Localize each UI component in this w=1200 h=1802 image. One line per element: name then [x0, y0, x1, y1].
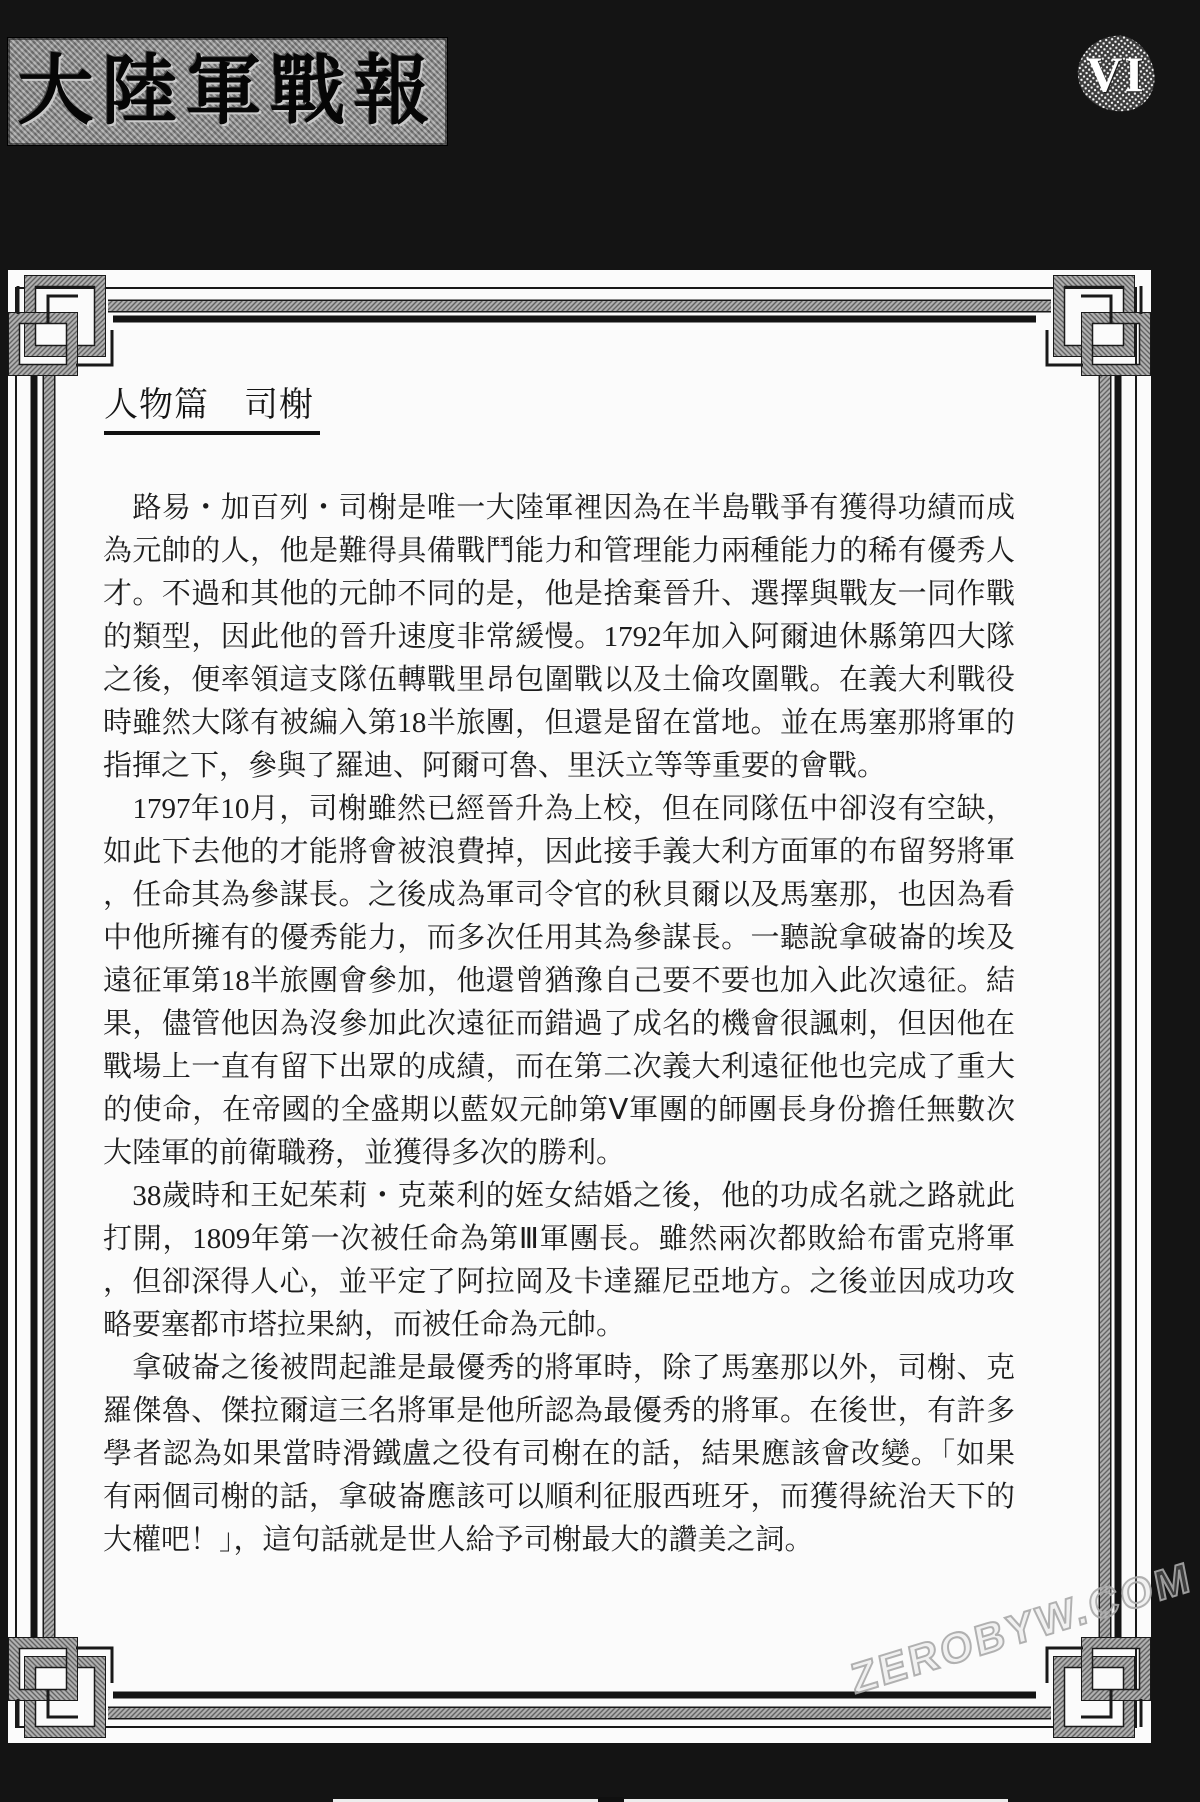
text-line: 羅傑魯、傑拉爾這三名將軍是他所認為最優秀的將軍。在後世，有許多 — [103, 1390, 1015, 1433]
text-line: 學者認為如果當時滑鐵盧之役有司榭在的話，結果應該會改變。「如果 — [103, 1433, 1015, 1476]
text-line: 的類型，因此他的晉升速度非常緩慢。1792年加入阿爾迪休縣第四大隊 — [103, 616, 1015, 659]
volume-numeral: VI — [1078, 36, 1154, 112]
text-line: 中他所擁有的優秀能力，而多次任用其為參謀長。一聽說拿破崙的埃及 — [103, 917, 1015, 960]
text-line: 拿破崙之後被問起誰是最優秀的將軍時，除了馬塞那以外，司榭、克 — [103, 1347, 1015, 1390]
article-body: 路易・加百列・司榭是唯一大陸軍裡因為在半島戰爭有獲得功績而成 為元帥的人，他是難… — [103, 487, 1015, 1562]
text-line: ，任命其為參謀長。之後成為軍司令官的秋貝爾以及馬塞那，也因為看 — [103, 874, 1015, 917]
heading-underline — [104, 431, 320, 435]
text-line: 為元帥的人，他是難得具備戰鬥能力和管理能力兩種能力的稀有優秀人 — [103, 530, 1015, 573]
text-line: 的使命，在帝國的全盛期以藍奴元帥第Ⅴ軍團的師團長身份擔任無數次 — [103, 1089, 1015, 1132]
text-line: 1797年10月，司榭雖然已經晉升為上校，但在同隊伍中卻沒有空缺， — [103, 788, 1015, 831]
section-heading: 人物篇 司榭 — [104, 386, 314, 427]
scanned-manga-info-page: 大陸軍戰報 VI — [0, 0, 1200, 1802]
text-line: ，但卻深得人心，並平定了阿拉岡及卡達羅尼亞地方。之後並因成功攻 — [103, 1261, 1015, 1304]
text-line: 果，儘管他因為沒參加此次遠征而錯過了成名的機會很諷刺，但因他在 — [103, 1003, 1015, 1046]
text-line: 指揮之下，參與了羅迪、阿爾可魯、里沃立等等重要的會戰。 — [103, 745, 1015, 788]
text-line: 有兩個司榭的話，拿破崙應該可以順利征服西班牙，而獲得統治天下的 — [103, 1476, 1015, 1519]
series-logo-text: 大陸軍戰報 — [18, 54, 438, 130]
volume-badge: VI — [1078, 36, 1154, 112]
text-line: 時雖然大隊有被編入第18半旅團，但還是留在當地。並在馬塞那將軍的 — [103, 702, 1015, 745]
text-line: 才。不過和其他的元帥不同的是，他是捨棄晉升、選擇與戰友一同作戰 — [103, 573, 1015, 616]
text-line: 打開，1809年第一次被任命為第Ⅲ軍團長。雖然兩次都敗給布雷克將軍 — [103, 1218, 1015, 1261]
text-line: 戰場上一直有留下出眾的成績，而在第二次義大利遠征他也完成了重大 — [103, 1046, 1015, 1089]
text-line: 路易・加百列・司榭是唯一大陸軍裡因為在半島戰爭有獲得功績而成 — [103, 487, 1015, 530]
text-line: 遠征軍第18半旅團會參加，他還曾猶豫自己要不要也加入此次遠征。結 — [103, 960, 1015, 1003]
text-line: 之後，便率領這支隊伍轉戰里昂包圍戰以及土倫攻圍戰。在義大利戰役 — [103, 659, 1015, 702]
text-line: 大權吧！」，這句話就是世人給予司榭最大的讚美之詞。 — [103, 1519, 1015, 1562]
scan-edge-mark — [598, 1797, 624, 1802]
text-line: 如此下去他的才能將會被浪費掉，因此接手義大利方面軍的布留努將軍 — [103, 831, 1015, 874]
text-line: 38歲時和王妃茱莉・克萊利的姪女結婚之後，他的功成名就之路就此 — [103, 1175, 1015, 1218]
content-panel: 人物篇 司榭 路易・加百列・司榭是唯一大陸軍裡因為在半島戰爭有獲得功績而成 為元… — [8, 270, 1151, 1743]
text-line: 大陸軍的前衛職務，並獲得多次的勝利。 — [103, 1132, 1015, 1175]
series-logo-plate: 大陸軍戰報 — [8, 38, 447, 145]
text-line: 略要塞都市塔拉果納，而被任命為元帥。 — [103, 1304, 1015, 1347]
